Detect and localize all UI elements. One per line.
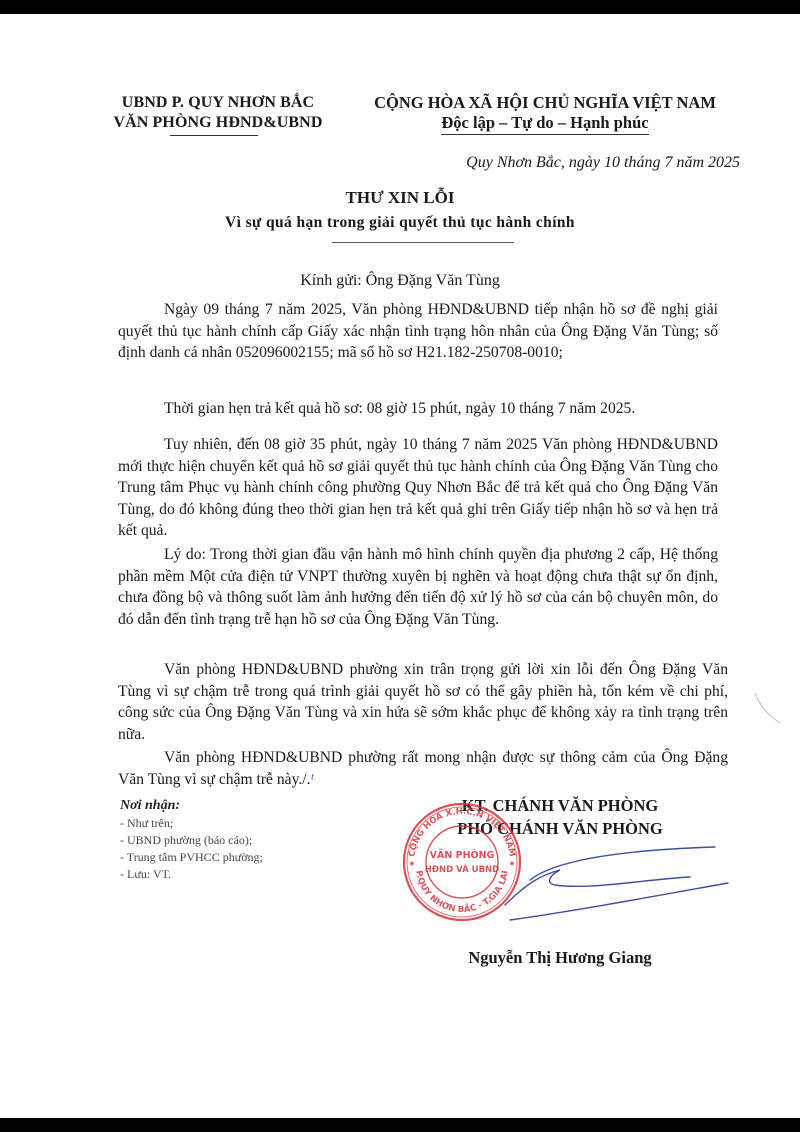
agency-underline bbox=[170, 135, 258, 136]
subtitle-underline bbox=[332, 242, 514, 243]
agency-line-2: VĂN PHÒNG HĐND&UBND bbox=[98, 113, 338, 133]
recipient-item: - Như trên; bbox=[120, 815, 263, 832]
paragraph-reason: Lý do: Trong thời gian đầu vận hành mô h… bbox=[118, 544, 718, 630]
document-subtitle: Vì sự quá hạn trong giải quyết thủ tục h… bbox=[0, 214, 800, 232]
paragraph-text: Ngày 09 tháng 7 năm 2025, Văn phòng HĐND… bbox=[118, 299, 718, 364]
stamp-center-2: HĐND VÀ UBND bbox=[425, 863, 499, 875]
national-header: CỘNG HÒA XÃ HỘI CHỦ NGHĨA VIỆT NAM Độc l… bbox=[350, 93, 740, 135]
paragraph-text: Tuy nhiên, đến 08 giờ 35 phút, ngày 10 t… bbox=[118, 434, 718, 542]
svg-text:★: ★ bbox=[408, 859, 415, 868]
salutation: Kính gửi: Ông Đặng Văn Tùng bbox=[0, 272, 800, 290]
agency-line-1: UBND P. QUY NHƠN BẮC bbox=[98, 93, 338, 113]
paragraph-text: Thời gian hẹn trả kết quả hồ sơ: 08 giờ … bbox=[118, 398, 718, 420]
paragraph-apology: Văn phòng HĐND&UBND phường xin trân trọn… bbox=[118, 659, 728, 745]
paragraph-text: Văn phòng HĐND&UBND phường rất mong nhận… bbox=[118, 749, 728, 788]
paragraph-closing: Văn phòng HĐND&UBND phường rất mong nhận… bbox=[118, 747, 728, 790]
document-title: THƯ XIN LỖI bbox=[0, 188, 800, 208]
handwritten-signature-icon bbox=[500, 835, 730, 925]
paragraph-appointment: Thời gian hẹn trả kết quả hồ sơ: 08 giờ … bbox=[118, 398, 718, 420]
paragraph-text: Lý do: Trong thời gian đầu vận hành mô h… bbox=[118, 544, 718, 630]
stamp-center-1: VĂN PHÒNG bbox=[430, 849, 495, 861]
recipients-heading: Nơi nhận: bbox=[120, 797, 263, 815]
scan-mark-icon bbox=[750, 685, 790, 735]
recipients-list: Nơi nhận: - Như trên; - UBND phường (báo… bbox=[120, 797, 263, 883]
paragraph-delay: Tuy nhiên, đến 08 giờ 35 phút, ngày 10 t… bbox=[118, 434, 718, 542]
signer-name: Nguyễn Thị Hương Giang bbox=[410, 948, 710, 968]
scan-border-top bbox=[0, 0, 800, 14]
recipient-item: - UBND phường (báo cáo); bbox=[120, 832, 263, 849]
place-date: Quy Nhơn Bắc, ngày 10 tháng 7 năm 2025 bbox=[360, 154, 740, 172]
national-motto: Độc lập – Tự do – Hạnh phúc bbox=[441, 113, 648, 135]
paragraph-text: Văn phòng HĐND&UBND phường xin trân trọn… bbox=[118, 659, 728, 745]
scan-border-bottom bbox=[0, 1118, 800, 1132]
nation-name: CỘNG HÒA XÃ HỘI CHỦ NGHĨA VIỆT NAM bbox=[350, 93, 740, 113]
recipient-item: - Lưu: VT. bbox=[120, 866, 263, 883]
recipient-item: - Trung tâm PVHCC phường; bbox=[120, 849, 263, 866]
issuing-agency: UBND P. QUY NHƠN BẮC VĂN PHÒNG HĐND&UBND bbox=[98, 93, 338, 136]
paragraph-receipt: Ngày 09 tháng 7 năm 2025, Văn phòng HĐND… bbox=[118, 299, 718, 364]
initial-mark: ᵗ bbox=[311, 771, 314, 788]
